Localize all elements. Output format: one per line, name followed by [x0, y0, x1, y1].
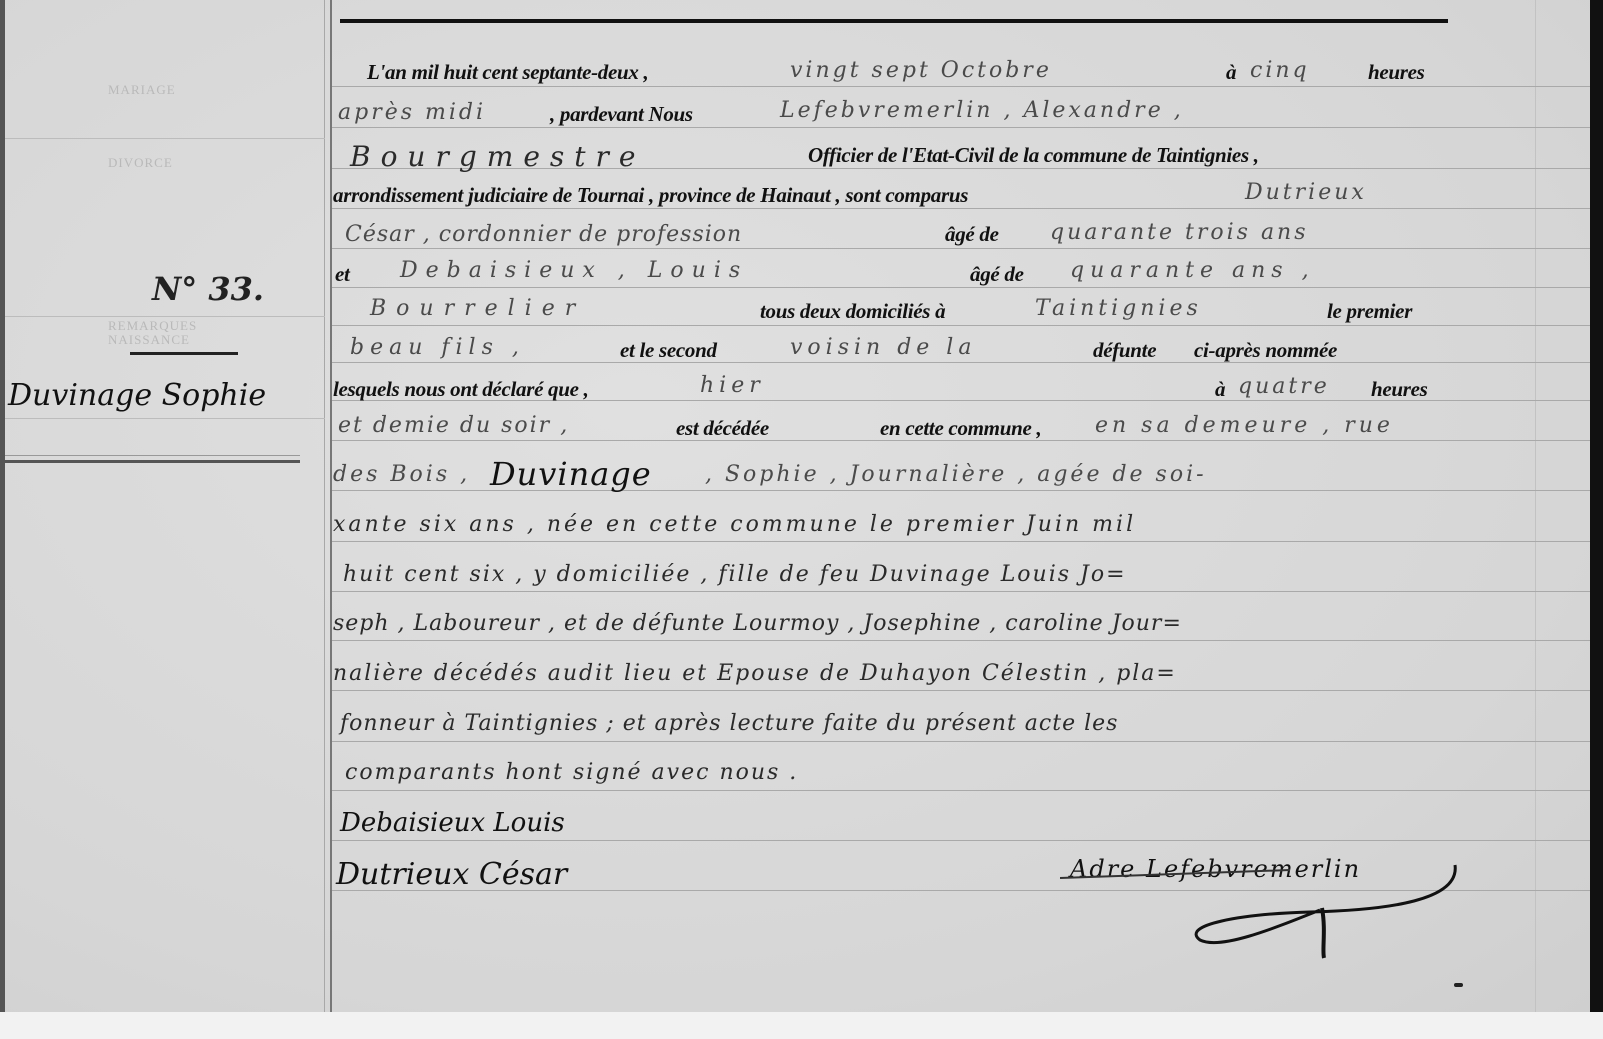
- printed-text: âgé de: [945, 222, 999, 247]
- printed-text: arrondissement judiciaire de Tournai , p…: [333, 183, 968, 208]
- handwritten-text: cinq: [1250, 58, 1310, 83]
- entry-number: N° 33.: [152, 270, 264, 308]
- printed-text: heures: [1368, 60, 1425, 85]
- ruled-line: [332, 86, 1590, 87]
- printed-text: âgé de: [970, 262, 1024, 287]
- handwritten-text: comparants hont signé avec nous .: [345, 760, 798, 785]
- handwritten-text: quatre: [1238, 374, 1330, 399]
- handwritten-text: nalière décédés audit lieu et Epouse de …: [333, 661, 1177, 686]
- handwritten-text: , Sophie , Journalière , agée de soi-: [705, 462, 1207, 487]
- witness-signature-dutrieux: Dutrieux César: [336, 857, 567, 892]
- printed-text: à: [1226, 60, 1236, 85]
- handwritten-text: Bourgmestre: [350, 140, 645, 173]
- entry-base-rule: [5, 460, 300, 463]
- printed-text: et: [335, 262, 350, 287]
- handwritten-text: Taintignies: [1035, 296, 1202, 321]
- handwritten-text: Bourrelier: [370, 296, 585, 321]
- ruled-line: [332, 591, 1590, 592]
- printed-text: est décédée: [676, 416, 769, 441]
- bleed-through-text: NAISSANCE: [108, 332, 190, 348]
- top-heavy-rule: [340, 19, 1448, 23]
- ruled-line: [332, 127, 1590, 128]
- margin-rule: [330, 0, 332, 1012]
- handwritten-text: César , cordonnier de profession: [345, 222, 742, 247]
- bleed-through-text: MARIAGE: [108, 82, 176, 98]
- handwritten-text: voisin de la: [790, 335, 976, 360]
- handwritten-text: Debaisieux , Louis: [400, 258, 748, 283]
- ruled-line: [332, 790, 1590, 791]
- ruled-line: [332, 690, 1590, 691]
- handwritten-text: quarante ans ,: [1070, 258, 1315, 283]
- stray-ink-mark: [1454, 983, 1463, 987]
- handwritten-text: fonneur à Taintignies ; et après lecture…: [340, 711, 1118, 736]
- handwritten-text: quarante trois ans: [1050, 220, 1309, 245]
- printed-text: lesquels nous ont déclaré que ,: [333, 377, 589, 402]
- deceased-surname: Duvinage: [490, 455, 652, 493]
- printed-text: en cette commune ,: [880, 416, 1041, 441]
- faint-vertical-rule: [1535, 0, 1536, 1012]
- printed-text: tous deux domiciliés à: [760, 299, 945, 324]
- printed-text: défunte: [1093, 338, 1156, 363]
- printed-text: ci-après nommée: [1194, 338, 1337, 363]
- ruled-line: [332, 248, 1590, 249]
- margin-ruled-line: [5, 138, 325, 139]
- handwritten-text: après midi: [338, 100, 486, 125]
- page-bottom-edge: [0, 1012, 1603, 1039]
- handwritten-text: xante six ans , née en cette commune le …: [333, 512, 1136, 537]
- bleed-through-text: DIVORCE: [108, 155, 173, 171]
- ruled-line: [332, 541, 1590, 542]
- entry-divider: [130, 352, 238, 355]
- signature-flourish-icon: [1060, 840, 1480, 970]
- handwritten-text: hier: [700, 373, 765, 398]
- printed-text: , pardevant Nous: [550, 102, 693, 127]
- ruled-line: [332, 741, 1590, 742]
- margin-ruled-line: [5, 316, 325, 317]
- printed-text: le premier: [1327, 299, 1412, 324]
- deceased-name-margin: Duvinage Sophie: [8, 378, 266, 413]
- ruled-line: [332, 362, 1590, 363]
- register-page: MARIAGE DIVORCE REMARQUES NAISSANCE N° 3…: [0, 0, 1590, 1012]
- handwritten-text: beau fils ,: [350, 335, 525, 360]
- page-right-edge: [1590, 0, 1603, 1039]
- printed-text: L'an mil huit cent septante-deux ,: [367, 60, 648, 85]
- handwritten-text: Lefebvremerlin , Alexandre ,: [780, 98, 1184, 123]
- ruled-line: [332, 640, 1590, 641]
- handwritten-text: seph , Laboureur , et de défunte Lourmoy…: [333, 611, 1182, 636]
- witness-signature-debaisieux: Debaisieux Louis: [340, 808, 565, 838]
- handwritten-text: huit cent six , y domiciliée , fille de …: [343, 562, 1127, 587]
- handwritten-text: des Bois ,: [333, 462, 470, 487]
- ruled-line: [332, 208, 1590, 209]
- ruled-line: [332, 325, 1590, 326]
- printed-text: et le second: [620, 338, 717, 363]
- printed-text: à: [1215, 377, 1225, 402]
- margin-ruled-line: [5, 418, 325, 419]
- entry-base-rule-thin: [5, 455, 300, 456]
- printed-text: Officier de l'Etat-Civil de la commune d…: [808, 143, 1259, 168]
- printed-text: heures: [1371, 377, 1428, 402]
- handwritten-text: en sa demeure , rue: [1095, 413, 1394, 438]
- handwritten-text: Dutrieux: [1245, 180, 1367, 205]
- handwritten-text: vingt sept Octobre: [790, 58, 1052, 83]
- handwritten-text: et demie du soir ,: [338, 413, 569, 438]
- ruled-line: [332, 287, 1590, 288]
- margin-rule-inner: [324, 0, 325, 1012]
- page-left-edge: [0, 0, 5, 1012]
